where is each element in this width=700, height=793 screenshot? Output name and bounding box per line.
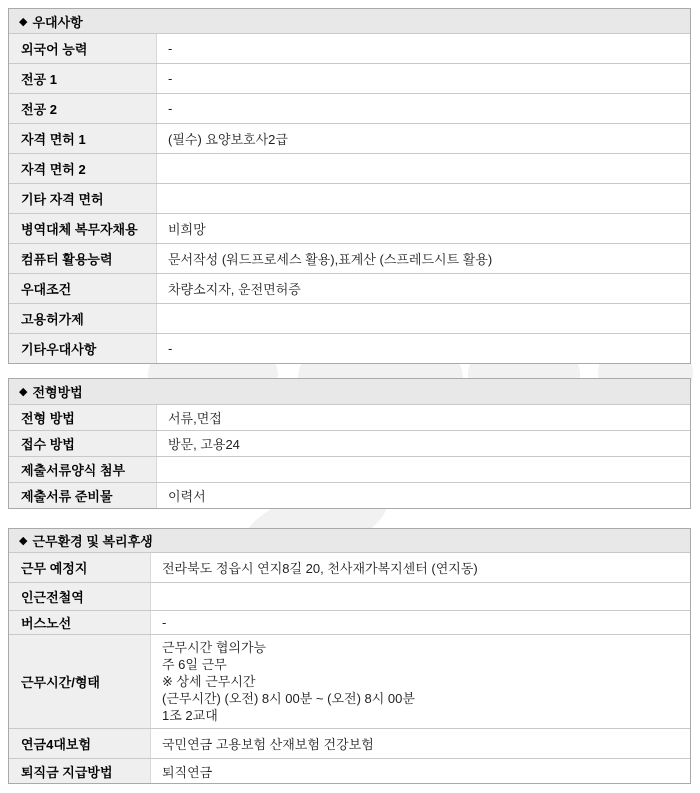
- row-value: 퇴직연금: [151, 759, 690, 783]
- diamond-icon: ◆: [19, 534, 27, 547]
- row-value: 방문, 고용24: [157, 431, 690, 456]
- row-value: (필수) 요양보호사2급: [157, 124, 690, 153]
- section-header: ◆ 우대사항: [9, 9, 690, 33]
- row-label: 자격 면허 1: [9, 124, 157, 153]
- row-value: 문서작성 (워드프로세스 활용),표계산 (스프레드시트 활용): [157, 244, 690, 273]
- table-row: 근무 예정지 전라북도 정읍시 연지8길 20, 천사재가복지센터 (연지동): [9, 552, 690, 582]
- table-row: 고용허가제: [9, 303, 690, 333]
- row-label: 전형 방법: [9, 405, 157, 430]
- row-value: [151, 583, 690, 610]
- job-detail-page: ◆ 우대사항 외국어 능력 - 전공 1 - 전공 2 - 자격 면허 1 (필…: [0, 0, 700, 793]
- value-line: ※ 상세 근무시간: [162, 673, 690, 690]
- value-line: 1조 2교대: [162, 707, 690, 724]
- row-label: 전공 1: [9, 64, 157, 93]
- table-row: 전형 방법 서류,면접: [9, 404, 690, 430]
- section-selection-method: ◆ 전형방법 전형 방법 서류,면접 접수 방법 방문, 고용24 제출서류양식…: [8, 378, 691, 509]
- row-label: 근무시간/형태: [9, 635, 151, 728]
- row-value: -: [157, 34, 690, 63]
- row-value: 비희망: [157, 214, 690, 243]
- table-row: 버스노선 -: [9, 610, 690, 634]
- row-value: 차량소지자, 운전면허증: [157, 274, 690, 303]
- row-value: -: [151, 611, 690, 634]
- diamond-icon: ◆: [19, 15, 27, 28]
- row-label: 컴퓨터 활용능력: [9, 244, 157, 273]
- row-value: 서류,면접: [157, 405, 690, 430]
- row-value: [157, 154, 690, 183]
- section-preferences: ◆ 우대사항 외국어 능력 - 전공 1 - 전공 2 - 자격 면허 1 (필…: [8, 8, 691, 364]
- table-row: 제출서류 준비물 이력서: [9, 482, 690, 508]
- row-label: 기타우대사항: [9, 334, 157, 363]
- row-label: 우대조건: [9, 274, 157, 303]
- row-value: 전라북도 정읍시 연지8길 20, 천사재가복지센터 (연지동): [151, 553, 690, 582]
- section-header: ◆ 근무환경 및 복리후생: [9, 529, 690, 552]
- table-row: 인근전철역: [9, 582, 690, 610]
- row-label: 근무 예정지: [9, 553, 151, 582]
- row-label: 연금4대보험: [9, 729, 151, 758]
- table-row: 접수 방법 방문, 고용24: [9, 430, 690, 456]
- value-line: 주 6일 근무: [162, 656, 690, 673]
- row-value: -: [157, 64, 690, 93]
- row-label: 자격 면허 2: [9, 154, 157, 183]
- row-label: 버스노선: [9, 611, 151, 634]
- row-label: 기타 자격 면허: [9, 184, 157, 213]
- table-row: 자격 면허 1 (필수) 요양보호사2급: [9, 123, 690, 153]
- row-label: 병역대체 복무자채용: [9, 214, 157, 243]
- table-row: 연금4대보험 국민연금 고용보험 산재보험 건강보험: [9, 728, 690, 758]
- table-row: 외국어 능력 -: [9, 33, 690, 63]
- table-row: 근무시간/형태 근무시간 협의가능 주 6일 근무 ※ 상세 근무시간 (근무시…: [9, 634, 690, 728]
- row-label: 전공 2: [9, 94, 157, 123]
- table-row: 컴퓨터 활용능력 문서작성 (워드프로세스 활용),표계산 (스프레드시트 활용…: [9, 243, 690, 273]
- table-row: 우대조건 차량소지자, 운전면허증: [9, 273, 690, 303]
- row-label: 접수 방법: [9, 431, 157, 456]
- table-row: 전공 1 -: [9, 63, 690, 93]
- section-work-environment: ◆ 근무환경 및 복리후생 근무 예정지 전라북도 정읍시 연지8길 20, 천…: [8, 528, 691, 784]
- diamond-icon: ◆: [19, 385, 27, 398]
- section-title: 근무환경 및 복리후생: [32, 531, 152, 550]
- table-row: 자격 면허 2: [9, 153, 690, 183]
- row-label: 고용허가제: [9, 304, 157, 333]
- table-row: 기타 자격 면허: [9, 183, 690, 213]
- section-header: ◆ 전형방법: [9, 379, 690, 404]
- table-row: 전공 2 -: [9, 93, 690, 123]
- row-value: -: [157, 94, 690, 123]
- row-value: 이력서: [157, 483, 690, 508]
- row-value: -: [157, 334, 690, 363]
- row-label: 제출서류양식 첨부: [9, 457, 157, 482]
- row-label: 외국어 능력: [9, 34, 157, 63]
- value-line: (근무시간) (오전) 8시 00분 ~ (오전) 8시 00분: [162, 690, 690, 707]
- row-value: [157, 304, 690, 333]
- section-title: 전형방법: [32, 382, 82, 401]
- row-value: [157, 184, 690, 213]
- section-title: 우대사항: [32, 12, 82, 31]
- table-row: 병역대체 복무자채용 비희망: [9, 213, 690, 243]
- table-row: 제출서류양식 첨부: [9, 456, 690, 482]
- row-value: [157, 457, 690, 482]
- table-row: 기타우대사항 -: [9, 333, 690, 363]
- row-label: 제출서류 준비물: [9, 483, 157, 508]
- value-line: 근무시간 협의가능: [162, 639, 690, 656]
- row-value: 국민연금 고용보험 산재보험 건강보험: [151, 729, 690, 758]
- row-label: 인근전철역: [9, 583, 151, 610]
- row-value: 근무시간 협의가능 주 6일 근무 ※ 상세 근무시간 (근무시간) (오전) …: [151, 635, 690, 728]
- table-row: 퇴직금 지급방법 퇴직연금: [9, 758, 690, 783]
- row-label: 퇴직금 지급방법: [9, 759, 151, 783]
